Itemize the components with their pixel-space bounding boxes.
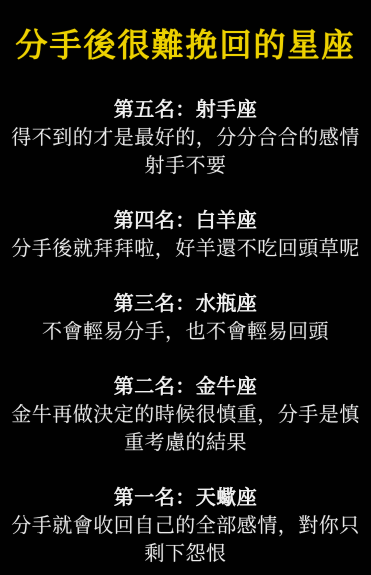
rank-heading-fifth: 第五名：射手座 (10, 96, 361, 124)
rank-section-fifth: 第五名：射手座 得不到的才是最好的，分分合合的感情射手不要 (10, 96, 361, 180)
rank-heading-fourth: 第四名：白羊座 (10, 207, 361, 235)
rank-section-third: 第三名：水瓶座 不會輕易分手，也不會輕易回頭 (10, 290, 361, 346)
rank-section-fourth: 第四名：白羊座 分手後就拜拜啦，好羊還不吃回頭草呢 (10, 207, 361, 263)
rank-description-fifth: 得不到的才是最好的，分分合合的感情射手不要 (10, 124, 361, 180)
zodiac-breakup-card: 分手後很難挽回的星座 第五名：射手座 得不到的才是最好的，分分合合的感情射手不要… (0, 0, 371, 575)
rank-section-second: 第二名：金牛座 金牛再做決定的時候很慎重，分手是慎重考慮的結果 (10, 373, 361, 457)
rank-heading-third: 第三名：水瓶座 (10, 290, 361, 318)
rank-description-first: 分手就會收回自己的全部感情，對你只剩下怨恨 (10, 512, 361, 568)
rank-description-third: 不會輕易分手，也不會輕易回頭 (10, 318, 361, 346)
rank-description-second: 金牛再做決定的時候很慎重，分手是慎重考慮的結果 (10, 401, 361, 457)
rank-heading-second: 第二名：金牛座 (10, 373, 361, 401)
rank-section-first: 第一名：天蠍座 分手就會收回自己的全部感情，對你只剩下怨恨 (10, 484, 361, 568)
rank-heading-first: 第一名：天蠍座 (10, 484, 361, 512)
rank-description-fourth: 分手後就拜拜啦，好羊還不吃回頭草呢 (10, 235, 361, 263)
page-title: 分手後很難挽回的星座 (10, 24, 361, 66)
